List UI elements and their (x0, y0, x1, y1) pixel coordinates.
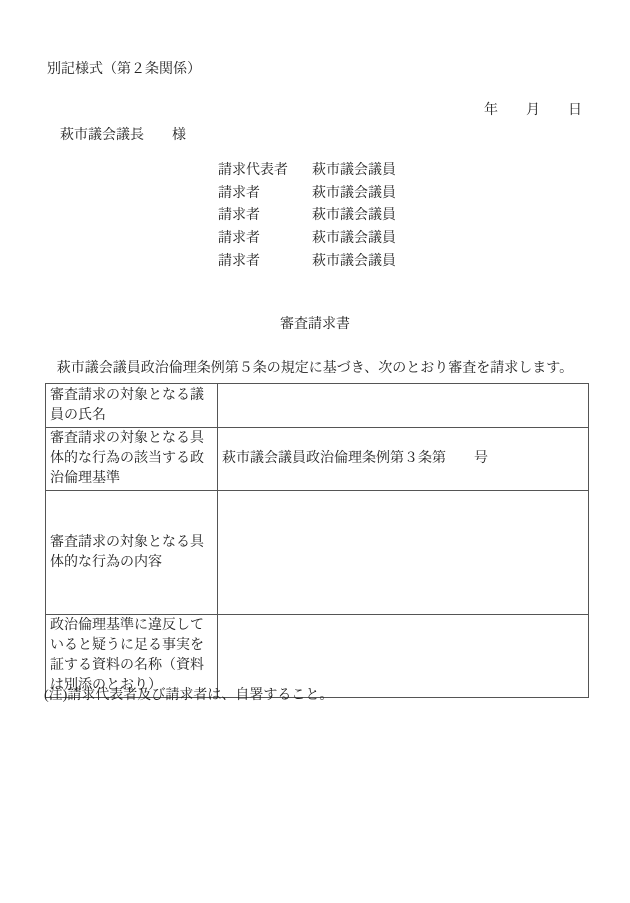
requester-affiliation: 萩市議会議員 (312, 182, 396, 202)
requester-affiliation: 萩市議会議員 (312, 159, 396, 179)
requester-block: 請求代表者 萩市議会議員 請求者 萩市議会議員 請求者 萩市議会議員 請求者 萩… (218, 158, 396, 271)
row-value (218, 491, 589, 615)
table-row-ethics-standard: 審査請求の対象となる具体的な行為の該当する政治倫理基準 萩市議会議員政治倫理条例… (46, 428, 589, 491)
requester-row: 請求者 萩市議会議員 (218, 203, 396, 226)
document-title: 審査請求書 (0, 315, 630, 335)
requester-affiliation: 萩市議会議員 (312, 250, 396, 270)
row-label: 審査請求の対象となる具体的な行為の該当する政治倫理基準 (46, 428, 218, 491)
requester-role: 請求者 (218, 227, 312, 247)
addressee-line: 萩市議会議長 様 (60, 126, 186, 146)
requester-row: 請求者 萩市議会議員 (218, 248, 396, 271)
row-label: 審査請求の対象となる議員の氏名 (46, 384, 218, 428)
intro-sentence: 萩市議会議員政治倫理条例第５条の規定に基づき、次のとおり審査を請求します。 (47, 359, 592, 379)
requester-affiliation: 萩市議会議員 (312, 204, 396, 224)
row-label: 審査請求の対象となる具体的な行為の内容 (46, 491, 218, 615)
footnote: (注)請求代表者及び請求者は、自署すること。 (44, 686, 333, 706)
requester-affiliation: 萩市議会議員 (312, 227, 396, 247)
date-line: 年 月 日 (484, 101, 582, 121)
requester-role: 請求者 (218, 204, 312, 224)
row-value (218, 384, 589, 428)
requester-role: 請求代表者 (218, 159, 312, 179)
requester-role: 請求者 (218, 182, 312, 202)
requester-row: 請求代表者 萩市議会議員 (218, 158, 396, 181)
row-value: 萩市議会議員政治倫理条例第３条第 号 (218, 428, 589, 491)
table-row-member-name: 審査請求の対象となる議員の氏名 (46, 384, 589, 428)
form-style-label: 別記様式（第２条関係） (47, 60, 201, 80)
table-row-conduct-details: 審査請求の対象となる具体的な行為の内容 (46, 491, 589, 615)
requester-role: 請求者 (218, 250, 312, 270)
requester-row: 請求者 萩市議会議員 (218, 226, 396, 249)
requester-row: 請求者 萩市議会議員 (218, 181, 396, 204)
document-page: 別記様式（第２条関係） 年 月 日 萩市議会議長 様 請求代表者 萩市議会議員 … (0, 0, 630, 903)
request-table: 審査請求の対象となる議員の氏名 審査請求の対象となる具体的な行為の該当する政治倫… (45, 383, 589, 698)
